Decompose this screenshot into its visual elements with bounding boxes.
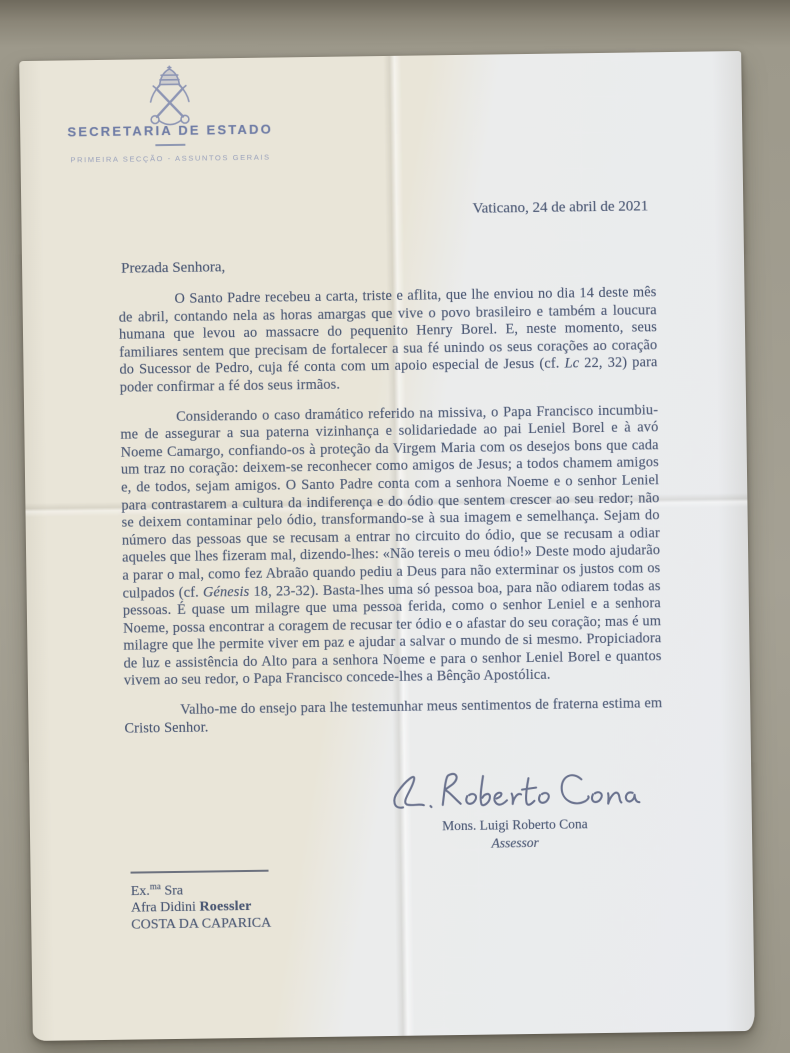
letter-paragraph: Considerando o caso dramático referido n… — [120, 402, 662, 691]
signature-block: Mons. Luigi Roberto Cona Assessor — [344, 762, 685, 854]
letterhead-rule — [155, 144, 185, 146]
signer-name: Mons. Luigi Roberto Cona — [345, 815, 685, 836]
letterhead: SECRETARIA DE ESTADO PRIMEIRA SECÇÃO - A… — [19, 57, 301, 181]
org-name: SECRETARIA DE ESTADO — [60, 121, 280, 139]
vatican-coat-of-arms-icon — [141, 65, 198, 132]
letter-page: SECRETARIA DE ESTADO PRIMEIRA SECÇÃO - A… — [19, 51, 755, 1041]
salutation: Prezada Senhora, — [121, 259, 225, 277]
recipient-rule — [131, 870, 269, 874]
date-line: Vaticano, 24 de abril de 2021 — [472, 198, 648, 217]
recipient-block: Ex.ma Sra Afra Didini Roessler COSTA DA … — [131, 868, 392, 934]
org-subtitle: PRIMEIRA SECÇÃO - ASSUNTOS GERAIS — [61, 152, 281, 164]
recipient-city: COSTA DA CAPARICA — [131, 914, 391, 934]
letter-body: O Santo Padre recebeu a carta, triste e … — [118, 284, 662, 738]
signer-title: Assessor — [345, 833, 685, 854]
letter-paragraph: O Santo Padre recebeu a carta, triste e … — [118, 284, 657, 397]
letter-paragraph: Valho-me do ensejo para lhe testemunhar … — [124, 695, 662, 738]
handwritten-signature — [383, 762, 646, 818]
